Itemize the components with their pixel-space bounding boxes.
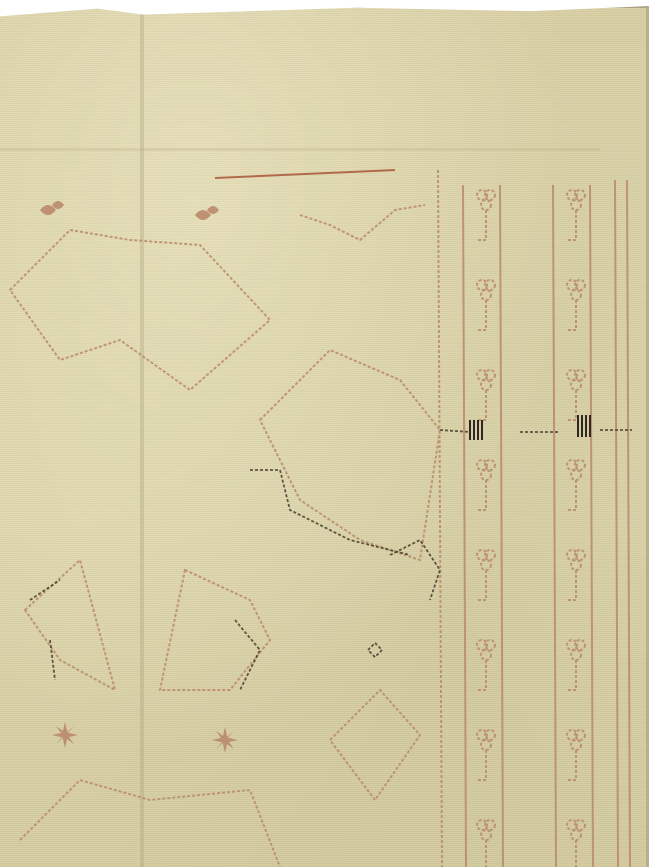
rug-motifs [0, 0, 650, 867]
